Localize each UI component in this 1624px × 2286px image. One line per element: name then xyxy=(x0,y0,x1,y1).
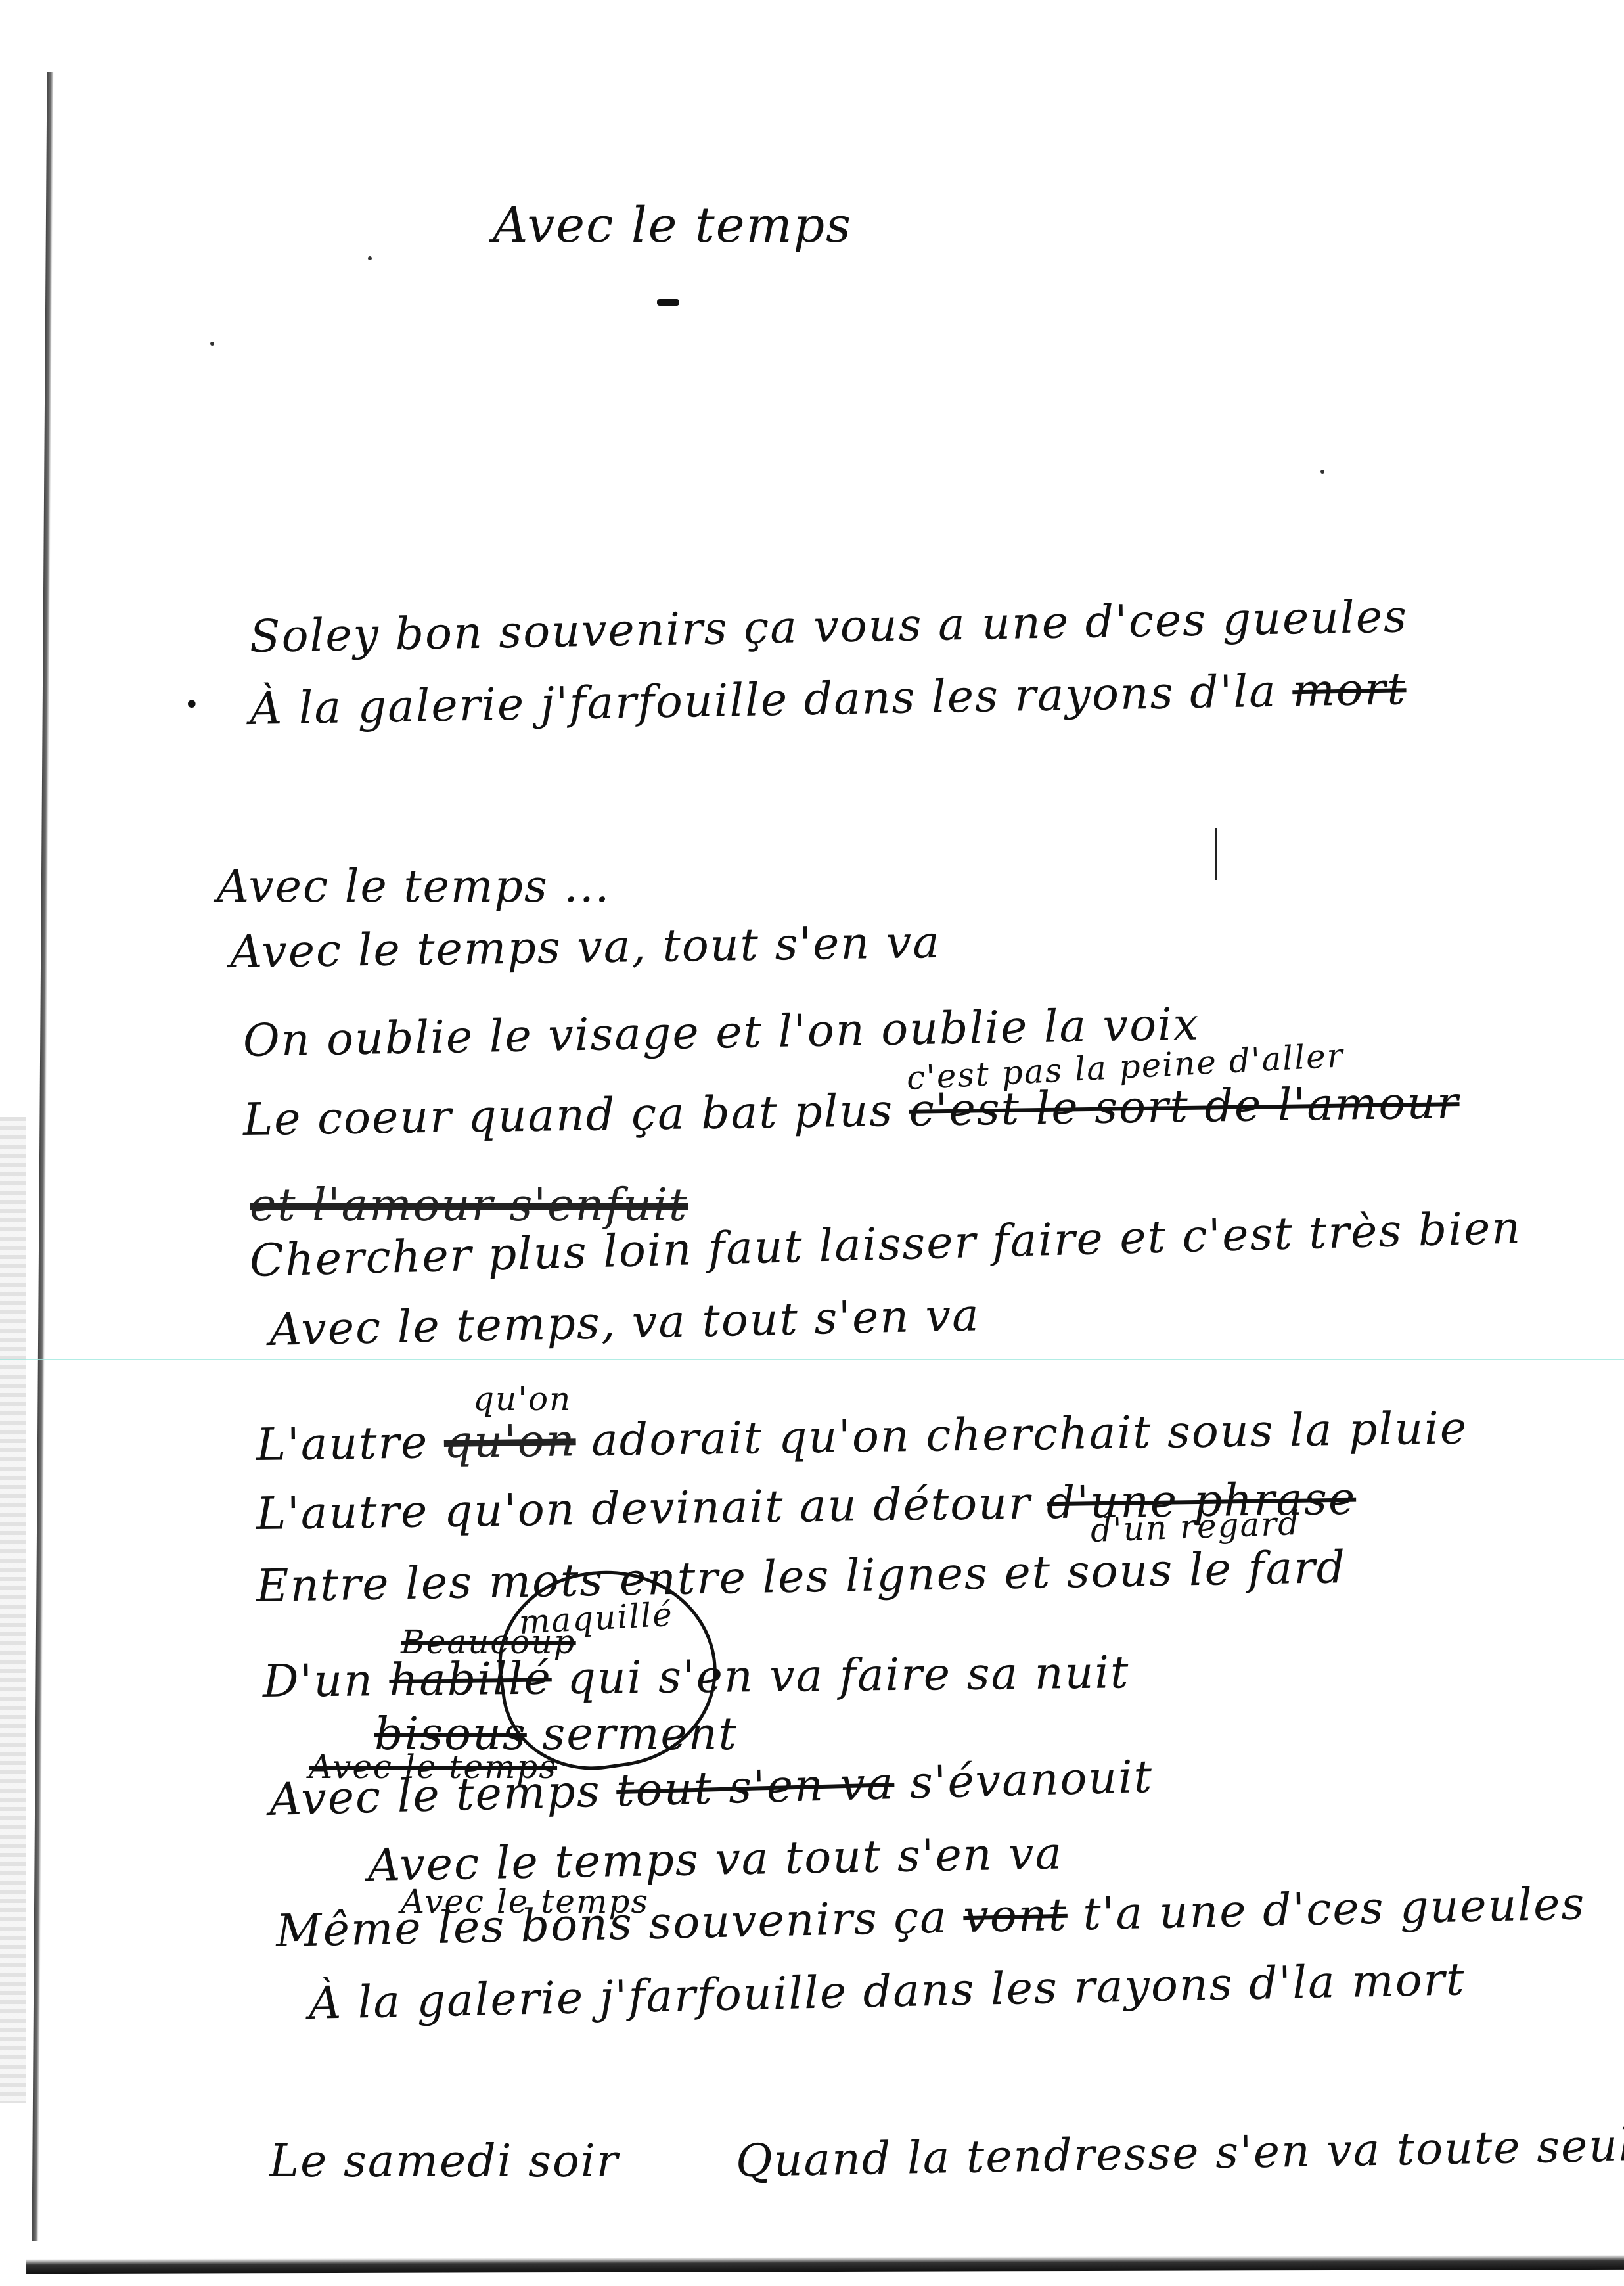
line-opening-1: Soley bon souvenirs ça vous a une d'ces … xyxy=(249,591,1408,663)
line-text: Avec le temps xyxy=(269,1765,617,1826)
line-verse1-1: Avec le temps ... xyxy=(217,861,610,913)
interlinear-insertion: qu'on xyxy=(473,1380,572,1418)
struck-text: c'est le sort de l'amour xyxy=(909,1077,1460,1137)
line-verse1-4: Le coeur quand ça bat plus c'est le sort… xyxy=(242,1077,1460,1146)
ink-speck xyxy=(1320,470,1324,474)
line-verse1-struck: et l'amour s'enfuit xyxy=(250,1179,688,1231)
line-opening-2: À la galerie j'farfouille dans les rayon… xyxy=(249,663,1407,735)
ink-speck xyxy=(210,342,214,346)
scan-edge-left-shadow xyxy=(0,1117,26,2103)
margin-mark xyxy=(1215,828,1217,880)
line-verse2-1: L'autre qu'on adorait qu'on cherchait so… xyxy=(256,1402,1468,1471)
manuscript-title: Avec le temps xyxy=(493,197,852,254)
scan-edge-bottom xyxy=(26,2255,1624,2274)
line-verse2-4: D'un habillé qui s'en va faire sa nuit xyxy=(263,1647,1130,1708)
line-text: adorait qu'on cherchait sous la pluie xyxy=(575,1402,1468,1467)
struck-text: mort xyxy=(1292,663,1407,717)
line-text: À la galerie j'farfouille dans les rayon… xyxy=(249,665,1293,735)
line-text: s'évanouit xyxy=(893,1751,1154,1810)
struck-text: qu'on xyxy=(443,1415,576,1469)
struck-text: habillé xyxy=(389,1653,552,1706)
scan-edge-left xyxy=(32,72,53,2241)
line-text: L'autre xyxy=(256,1417,444,1471)
line-text: t'a une d'ces gueules xyxy=(1067,1878,1586,1940)
margin-dot: • xyxy=(184,690,200,720)
scan-artifact-line xyxy=(0,1359,1624,1360)
struck-text: vont xyxy=(963,1889,1068,1943)
line-text: qui s'en va faire sa nuit xyxy=(551,1647,1129,1704)
ink-speck xyxy=(368,256,372,260)
line-text: D'un xyxy=(263,1655,390,1708)
line-verse1-2: Avec le temps va, tout s'en va xyxy=(229,917,941,978)
line-text: serment xyxy=(527,1708,738,1760)
line-closing-1: Le samedi soir xyxy=(269,2136,619,2187)
line-verse2-3: Entre les mots entre les lignes et sous … xyxy=(256,1542,1347,1612)
line-verse3-3: À la galerie j'farfouille dans les rayon… xyxy=(308,1954,1466,2030)
line-closing-2: Quand la tendresse s'en va toute seule xyxy=(735,2119,1624,2187)
title-separator xyxy=(657,299,679,306)
line-verse1-6: Avec le temps, va tout s'en va xyxy=(269,1289,980,1356)
struck-text: tout s'en va xyxy=(616,1758,895,1817)
line-text: Même les bons souvenirs ça xyxy=(275,1891,964,1957)
line-text: Le coeur quand ça bat plus xyxy=(242,1085,909,1146)
line-text: L'autre qu'on devinait au détour xyxy=(256,1477,1047,1540)
